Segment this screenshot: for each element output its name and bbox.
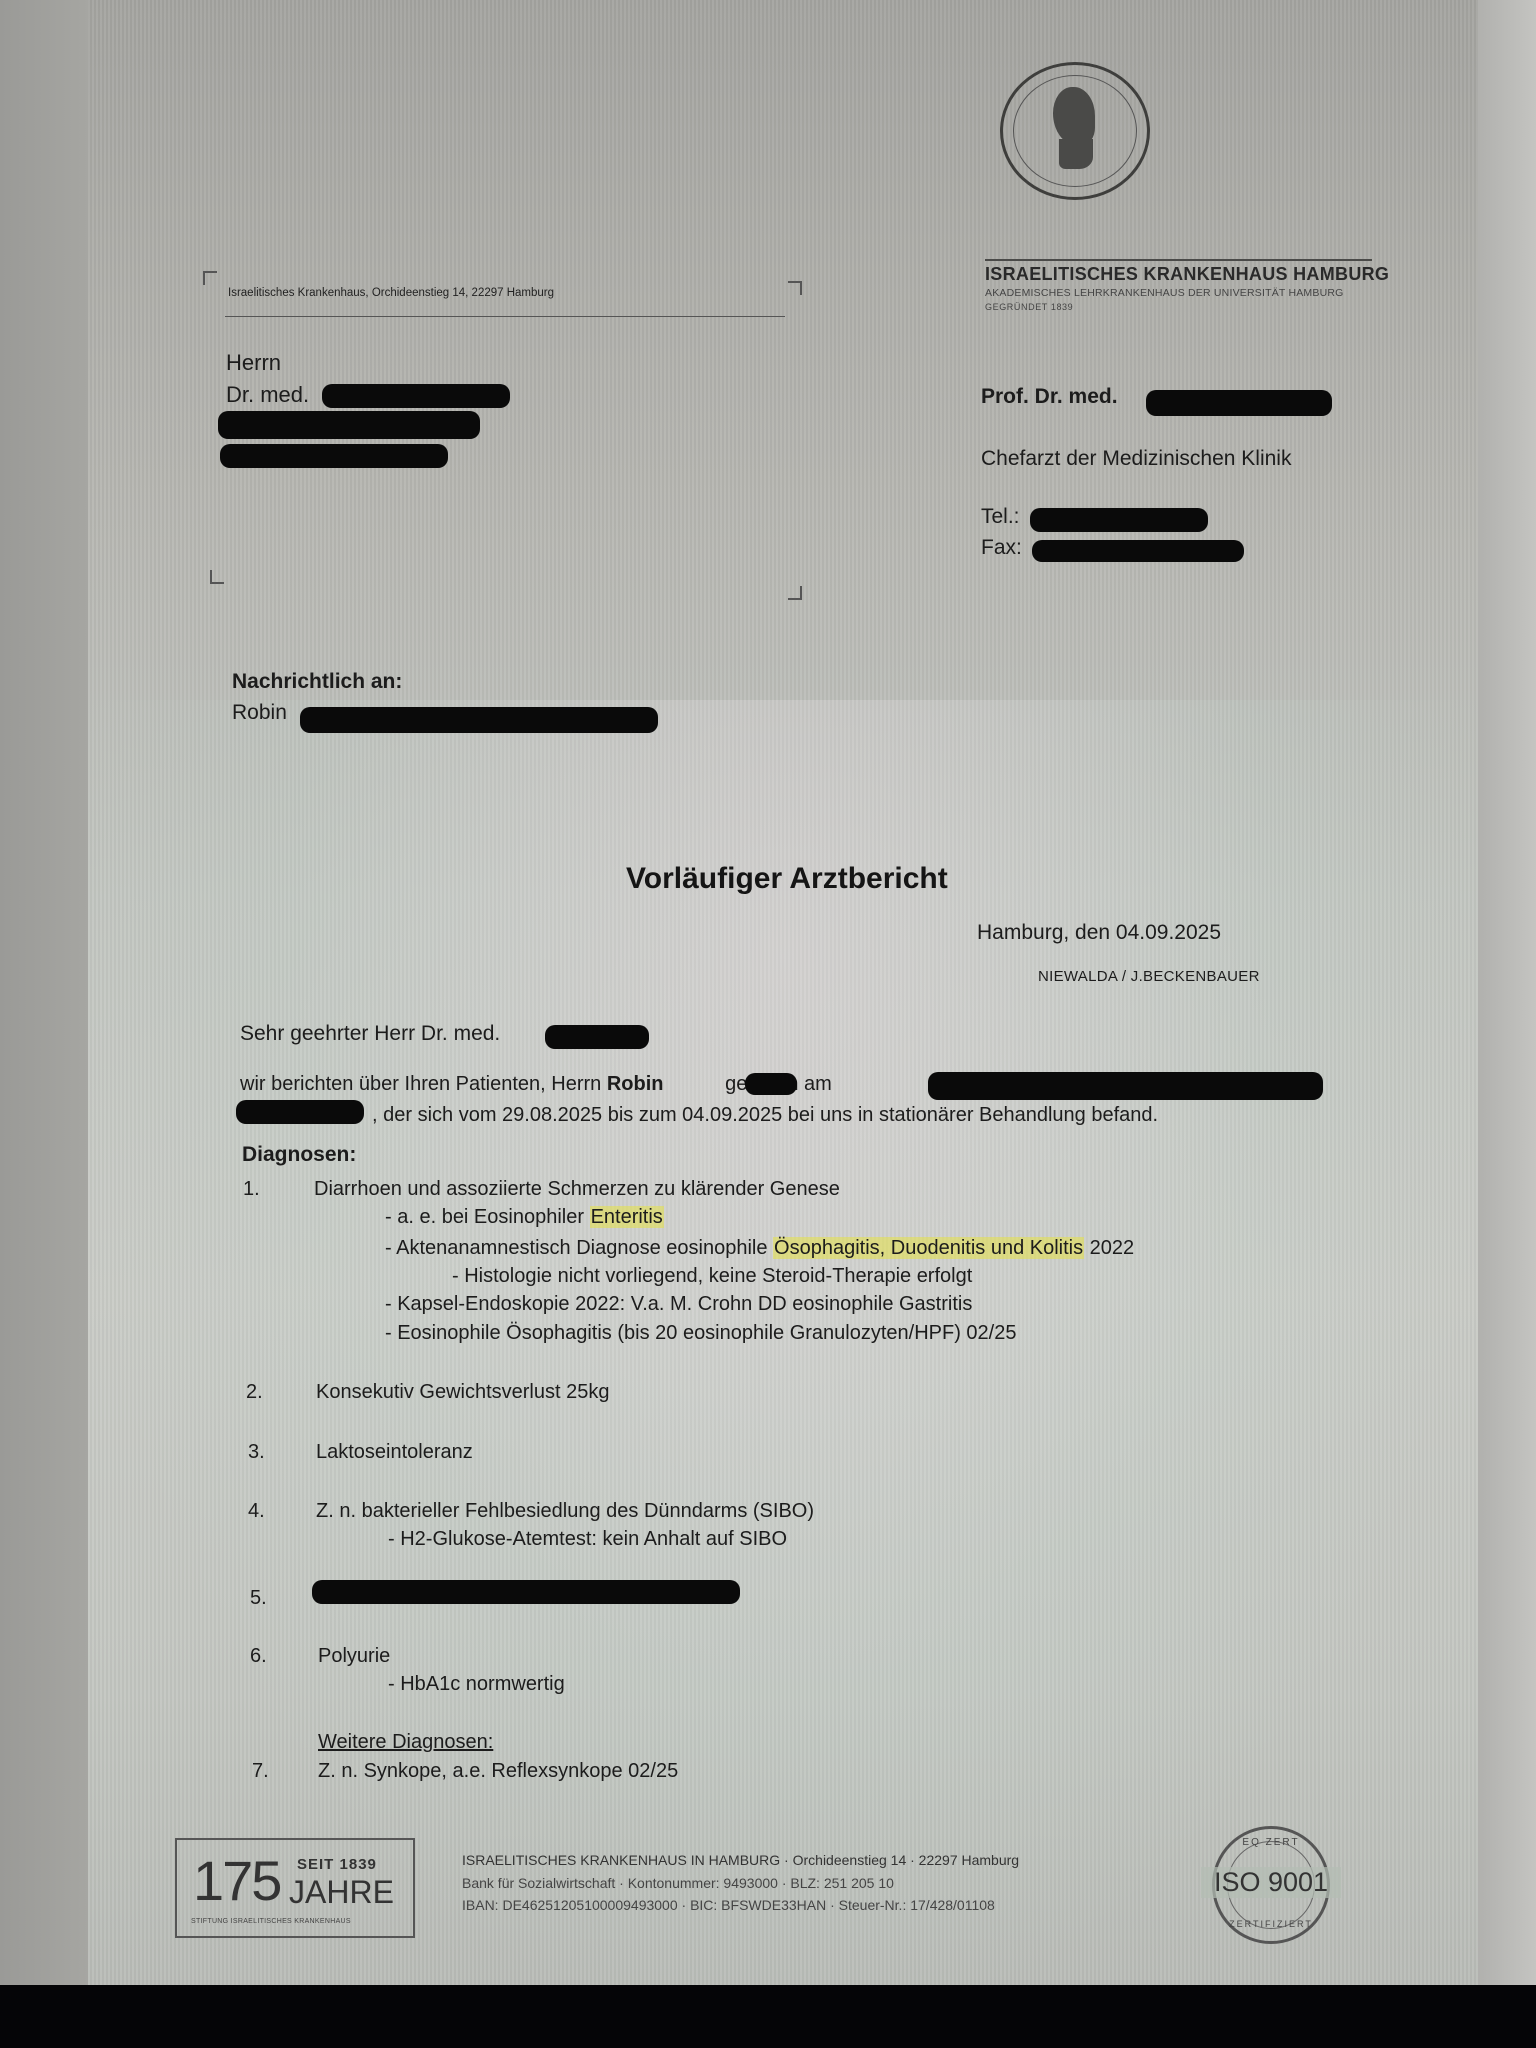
redaction-birthplace: [236, 1100, 364, 1124]
intro-patient-name: Robin: [607, 1073, 664, 1095]
diagnosis-text: Konsekutiv Gewichtsverlust 25kg: [316, 1381, 609, 1404]
highlighted-text: Enteritis: [590, 1206, 664, 1228]
diagnosis-number: 4.: [248, 1500, 265, 1523]
document-authors: NIEWALDA / J.BECKENBAUER: [1038, 968, 1260, 985]
recipient-block: Herrn Dr. med.: [226, 347, 309, 411]
diagnosis-number: 5.: [250, 1587, 267, 1610]
cc-label: Nachrichtlich an:: [232, 670, 402, 694]
intro-line-1: wir berichten über Ihren Patienten, Herr…: [240, 1073, 832, 1096]
seal-portrait-head: [1053, 87, 1095, 145]
subitem-text: - Aktenanamnestisch Diagnose eosinophile: [385, 1237, 773, 1259]
redaction-birthdate: [928, 1072, 1323, 1100]
org-founded: GEGRÜNDET 1839: [985, 302, 1073, 312]
footer-bank: Bank für Sozialwirtschaft · Kontonummer:…: [462, 1875, 894, 1891]
window-corner-mark: [203, 271, 217, 285]
screen-bezel: [0, 1985, 1536, 2048]
redaction-tel: [1030, 508, 1208, 532]
subitem-text-post: 2022: [1084, 1237, 1134, 1259]
intro-line-2: , der sich vom 29.08.2025 bis zum 04.09.…: [372, 1104, 1158, 1127]
diagnosis-number: 2.: [246, 1381, 263, 1404]
diagnosis-text: Diarrhoen und assoziierte Schmerzen zu k…: [314, 1178, 840, 1201]
org-name: ISRAELITISCHES KRANKENHAUS HAMBURG: [985, 264, 1389, 285]
diagnosis-number: 6.: [250, 1645, 267, 1668]
iso-certification-seal-icon: EQ ZERT ISO 9001 ZERTIFIZIERT: [1212, 1826, 1330, 1944]
redaction-fax: [1032, 540, 1244, 562]
diagnosis-number: 3.: [248, 1441, 265, 1464]
diagnosis-number: 1.: [243, 1178, 260, 1201]
tel-label: Tel.:: [981, 505, 1020, 529]
redaction-signatory-name: [1146, 390, 1332, 416]
window-corner-mark: [788, 586, 802, 600]
diagnosis-subitem: - Aktenanamnestisch Diagnose eosinophile…: [385, 1237, 1134, 1260]
highlighted-text: Ösophagitis, Duodenitis und Kolitis: [773, 1237, 1084, 1259]
diagnosis-text: Laktoseintoleranz: [316, 1441, 473, 1464]
further-diagnoses-heading: Weitere Diagnosen:: [318, 1731, 493, 1754]
window-corner-mark: [788, 281, 802, 295]
iso-top-text: EQ ZERT: [1215, 1837, 1327, 1848]
redaction-cc-surname: [300, 707, 658, 733]
anniversary-number: 175: [193, 1848, 280, 1913]
anniversary-years: JAHRE: [289, 1874, 394, 1911]
document-title: Vorläufiger Arztbericht: [626, 862, 948, 896]
recipient-title: Dr. med.: [226, 379, 309, 411]
header-rule: [985, 259, 1372, 261]
redaction-recipient-name: [322, 384, 510, 408]
redaction-patient-surname: [745, 1073, 797, 1095]
redaction-salutation-name: [545, 1025, 649, 1049]
anniversary-badge: 175 SEIT 1839 JAHRE STIFTUNG ISRAELITISC…: [175, 1838, 415, 1938]
diagnosis-subitem: - HbA1c normwertig: [388, 1673, 565, 1696]
anniversary-since: SEIT 1839: [297, 1856, 377, 1873]
redaction-diagnosis-5: [312, 1580, 740, 1604]
diagnosis-subitem: - a. e. bei Eosinophiler Enteritis: [385, 1206, 664, 1229]
signatory-title: Prof. Dr. med.: [981, 385, 1118, 408]
backdrop-right: [1476, 0, 1536, 1990]
footer-address: ISRAELITISCHES KRANKENHAUS IN HAMBURG · …: [462, 1852, 1019, 1868]
fax-label: Fax:: [981, 536, 1022, 560]
window-corner-mark: [210, 570, 224, 584]
diagnosis-subitem: - Kapsel-Endoskopie 2022: V.a. M. Crohn …: [385, 1293, 972, 1316]
sender-address-line: Israelitisches Krankenhaus, Orchideensti…: [228, 287, 554, 299]
footer-iban: IBAN: DE46251205100009493000 · BIC: BFSW…: [462, 1897, 995, 1913]
redaction-recipient-city: [220, 444, 448, 468]
sender-rule: [225, 316, 785, 317]
signatory-role: Chefarzt der Medizinischen Klinik: [981, 447, 1291, 471]
recipient-salutation: Herrn: [226, 347, 309, 379]
portrait-seal-icon: [1000, 62, 1150, 200]
signatory-block: Prof. Dr. med.: [981, 385, 1118, 409]
anniversary-foundation: STIFTUNG ISRAELITISCHES KRANKENHAUS: [191, 1918, 351, 1925]
diagnoses-heading: Diagnosen:: [242, 1143, 356, 1167]
org-subtitle: AKADEMISCHES LEHRKRANKENHAUS DER UNIVERS…: [985, 287, 1344, 299]
intro-text-a: wir berichten über Ihren Patienten, Herr…: [240, 1073, 607, 1095]
document-date: Hamburg, den 04.09.2025: [977, 921, 1221, 945]
iso-bottom-text: ZERTIFIZIERT: [1215, 1919, 1327, 1929]
cc-name: Robin: [232, 701, 287, 725]
diagnosis-subitem: - Histologie nicht vorliegend, keine Ste…: [452, 1265, 972, 1288]
seal-portrait-neck: [1059, 139, 1093, 169]
iso-main-text: ISO 9001: [1201, 1867, 1341, 1898]
letter-salutation: Sehr geehrter Herr Dr. med.: [240, 1022, 500, 1046]
diagnosis-text: Z. n. Synkope, a.e. Reflexsynkope 02/25: [318, 1760, 678, 1783]
diagnosis-text: Z. n. bakterieller Fehlbesiedlung des Dü…: [316, 1500, 814, 1523]
backdrop-left: [0, 0, 90, 1990]
diagnosis-subitem: - H2-Glukose-Atemtest: kein Anhalt auf S…: [388, 1528, 787, 1551]
subitem-text: - a. e. bei Eosinophiler: [385, 1206, 590, 1228]
diagnosis-text: Polyurie: [318, 1645, 390, 1668]
diagnosis-number: 7.: [252, 1760, 269, 1783]
diagnosis-subitem: - Eosinophile Ösophagitis (bis 20 eosino…: [385, 1322, 1016, 1345]
redaction-recipient-address: [218, 411, 480, 439]
